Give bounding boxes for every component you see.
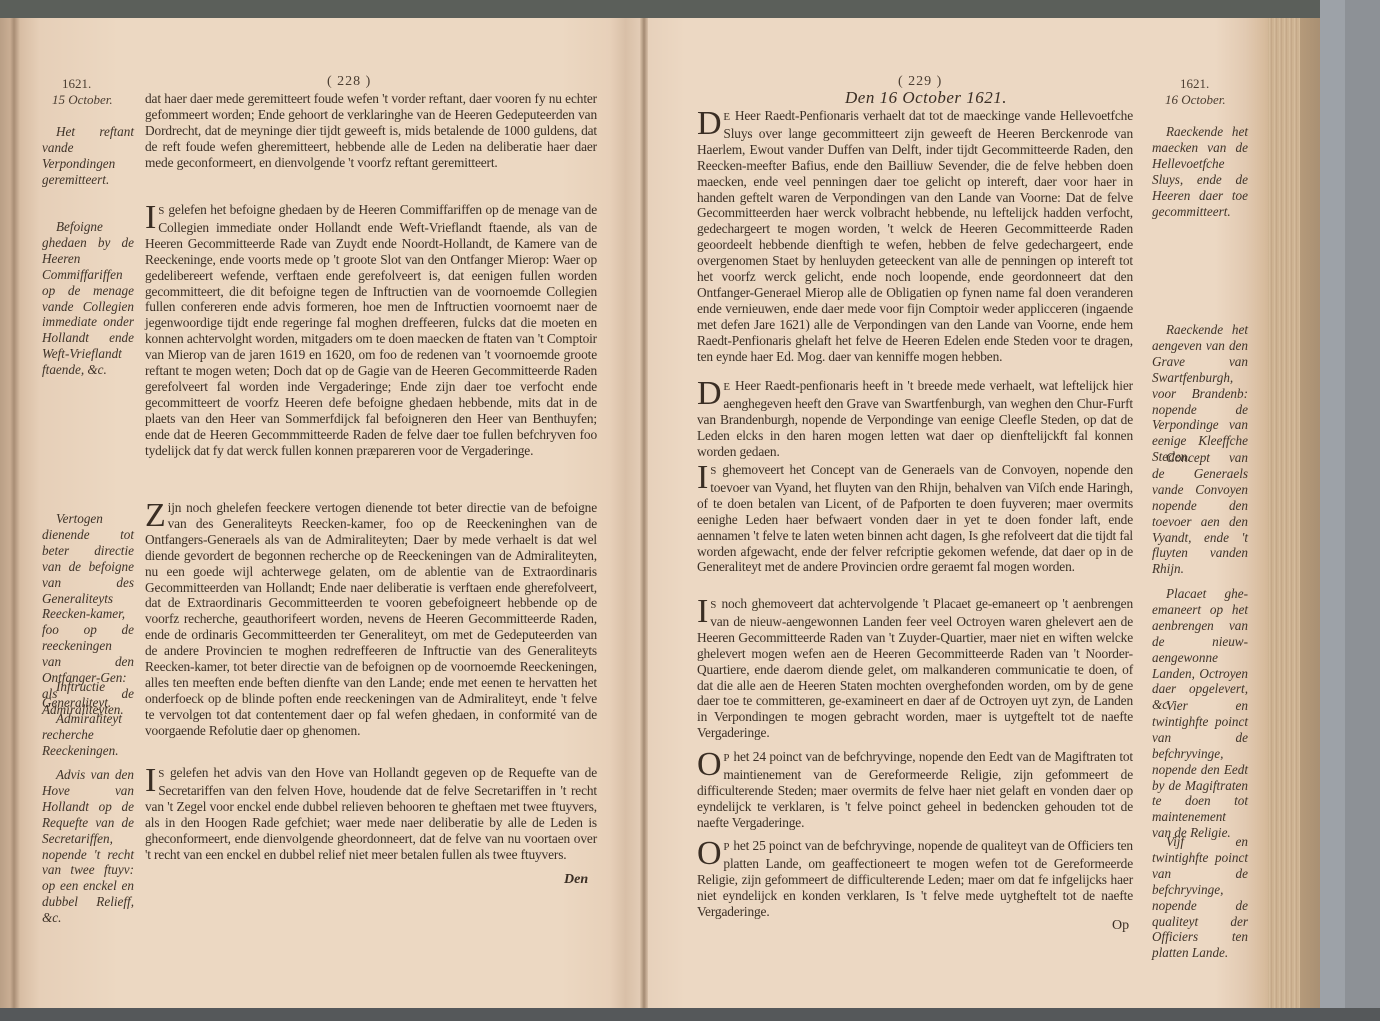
left-running-date: 15 October. (52, 92, 113, 108)
paragraph-text: het 25 poinct van de befchryvinge, nopen… (697, 838, 1133, 919)
right-paragraph-5: OP het 24 poinct van de befchryvinge, no… (697, 749, 1133, 831)
background-right-shadow (1345, 0, 1380, 1021)
left-margin-note-1: Het reftant vande Verpondingen geremitte… (42, 124, 134, 188)
left-paragraph-1: dat haer daer mede geremitteert foude we… (145, 91, 597, 171)
right-margin-note-5: Vier en twintighfte poinct van de befchr… (1152, 698, 1248, 841)
paragraph-text: dat haer daer mede geremitteert foude we… (145, 91, 597, 171)
right-running-date: 16 October. (1165, 92, 1226, 108)
left-margin-note-4: Inftructie Generaliteyt. (42, 679, 134, 711)
dropcap: O (697, 840, 721, 868)
left-catchword: Den (564, 872, 588, 888)
lead-letters: S (710, 599, 717, 611)
lead-letters: P (723, 841, 730, 853)
paragraph-text: gelefen het advis van den Hove van Holla… (145, 765, 597, 862)
right-margin-note-6: Vijf en twintighfte poinct van de befchr… (1152, 834, 1248, 961)
dropcap: I (145, 204, 156, 232)
lead-letters: P (723, 752, 730, 764)
left-paragraph-2: IS gelefen het befoigne ghedaen by de He… (145, 202, 597, 459)
right-margin-note-1: Raeckende het maecken van de Hellevoetfc… (1152, 124, 1248, 219)
paragraph-text: het 24 poinct van de befchryvinge, nopen… (697, 749, 1133, 830)
lead-letters: E (723, 111, 730, 123)
lead-letters: S (158, 768, 165, 780)
paragraph-text: Heer Raedt-penfionaris heeft in 't breed… (697, 378, 1133, 459)
background-bottom (0, 1008, 1380, 1021)
lead-letters: E (723, 381, 730, 393)
right-running-year: 1621. (1180, 76, 1209, 92)
paragraph-text: ijn noch ghelefen feeckere vertogen dien… (145, 500, 597, 738)
paragraph-text: ghemoveert het Concept van de Generaels … (697, 462, 1133, 574)
dropcap: D (697, 380, 721, 408)
right-paragraph-1: DE Heer Raedt-Penfionaris verhaelt dat t… (697, 108, 1133, 365)
paragraph-text: noch ghemoveert dat achtervolgende 't Pl… (697, 596, 1133, 740)
left-paragraph-4: IS gelefen het advis van den Hove van Ho… (145, 765, 597, 862)
right-margin-note-2: Raeckende het aengeven van den Grave van… (1152, 322, 1248, 465)
left-margin-note-2: Befoigne ghedaen by de Heeren Commiffari… (42, 219, 134, 378)
paragraph-text: gelefen het befoigne ghedaen by de Heere… (145, 202, 597, 458)
lead-letters: S (158, 205, 165, 217)
left-margin-note-5: Admiraliteyt recherche Reeckeningen. (42, 711, 134, 759)
right-paragraph-2: DE Heer Raedt-penfionaris heeft in 't br… (697, 378, 1133, 460)
book-gutter (640, 18, 648, 1008)
right-paragraph-6: OP het 25 poinct van de befchryvinge, no… (697, 838, 1133, 920)
dropcap: I (697, 598, 708, 626)
dropcap: D (697, 110, 721, 138)
right-margin-note-3: Concept van de Generaels vande Convoyen … (1152, 450, 1248, 577)
left-paragraph-3: Z ijn noch ghelefen feeckere vertogen di… (145, 500, 597, 739)
dropcap: I (697, 464, 708, 492)
dropcap: Z (145, 502, 166, 530)
dropcap: O (697, 751, 721, 779)
right-paragraph-4: IS noch ghemoveert dat achtervolgende 't… (697, 596, 1133, 741)
left-running-year: 1621. (62, 76, 91, 92)
right-page-heading: Den 16 October 1621. (845, 88, 1007, 108)
left-margin-note-6: Advis van den Hove van Hollandt op de Re… (42, 767, 134, 926)
left-page-number: ( 228 ) (327, 74, 371, 90)
right-paragraph-3: IS ghemoveert het Concept van de Generae… (697, 462, 1133, 575)
book-fore-edge-shadow (1300, 18, 1320, 1008)
right-margin-note-4: Placaet ghe-emaneert op het aenbrengen v… (1152, 586, 1248, 713)
lead-letters: S (710, 465, 717, 477)
dropcap: I (145, 767, 156, 795)
right-catchword: Op (1112, 918, 1129, 934)
paragraph-text: Heer Raedt-Penfionaris verhaelt dat tot … (697, 108, 1133, 364)
